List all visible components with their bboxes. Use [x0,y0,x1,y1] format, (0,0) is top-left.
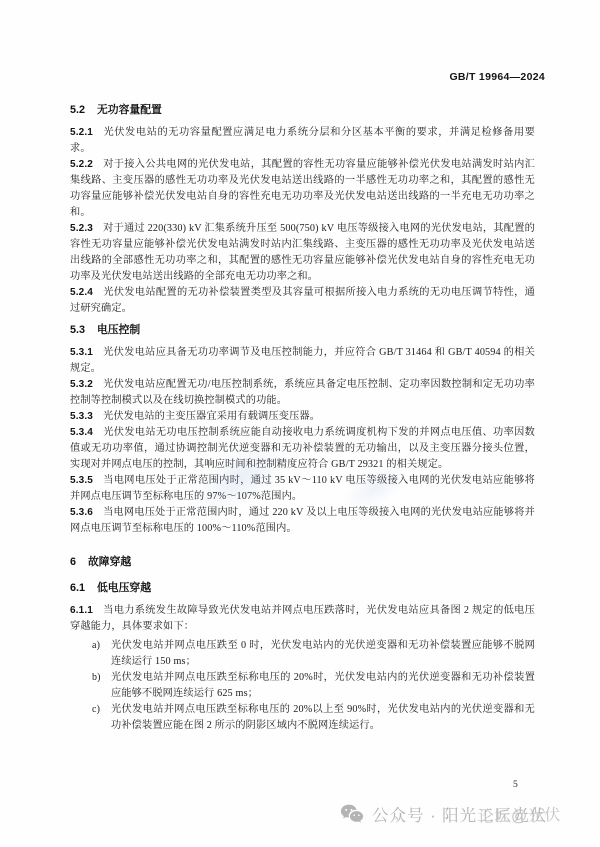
clause-6-1-1: 6.1.1当电力系统发生故障导致光伏发电站并网点电压跌落时，光伏发电站应具备图 … [70,603,535,635]
clause-text: 光伏发电站应具备无功功率调节及电压控制能力，并应符合 GB/T 31464 和 … [70,347,535,374]
clause-text: 光伏发电站应配置无功/电压控制系统，系统应具备定电压控制、定功率因数控制和定无功… [70,379,535,406]
heading-title: 无功容量配置 [97,104,162,116]
heading-6: 6故障穿越 [70,555,535,569]
list-item-a: a) 光伏发电站并网点电压跌至 0 时，光伏发电站内的光伏逆变器和无功补偿装置应… [92,638,535,670]
standard-number: GB/T 19964—2024 [449,71,545,83]
heading-number: 5.2 [70,104,85,116]
list-item-text: 光伏发电站并网点电压跌至标称电压的 20%以上至 90%时，光伏发电站内的光伏逆… [111,702,535,734]
clause-5-3-4: 5.3.4光伏发电站无功电压控制系统应能自动接收电力系统调度机构下发的并网点电压… [70,425,535,473]
page-number: 5 [513,780,518,790]
clause-5-3-5: 5.3.5当电网电压处于正常范围内时，通过 35 kV～110 kV 电压等级接… [70,473,535,505]
clause-text: 光伏发电站的主变压器宜采用有载调压变压器。 [103,411,320,422]
heading-number: 6 [70,556,76,568]
page-content: GB/T 19964—2024 5.2无功容量配置 5.2.1光伏发电站的无功容… [70,0,535,734]
clause-number: 5.3.5 [70,475,93,486]
list-item-text: 光伏发电站并网点电压跌至标称电压的 20%时，光伏发电站内的光伏逆变器和无功补偿… [111,670,535,702]
clause-number: 5.3.1 [70,347,93,358]
clause-number: 5.3.6 [70,507,93,518]
clause-number: 5.3.2 [70,379,93,390]
clause-number: 5.2.2 [70,159,93,170]
clause-text: 光伏发电站无功电压控制系统应能自动接收电力系统调度机构下发的并网点电压值、功率因… [70,427,535,470]
clause-5-2-3: 5.2.3对于通过 220(330) kV 汇集系统升压至 500(750) k… [70,221,535,285]
clause-5-2-2: 5.2.2对于接入公共电网的光伏发电站，其配置的容性无功容量应能够补偿光伏发电站… [70,157,535,221]
clause-number: 5.2.3 [70,223,93,234]
clause-number: 6.1.1 [70,605,93,616]
clause-text: 当电力系统发生故障导致光伏发电站并网点电压跌落时，光伏发电站应具备图 2 规定的… [70,605,535,632]
heading-number: 6.1 [70,582,85,594]
clause-text: 当电网电压处于正常范围内时，通过 35 kV～110 kV 电压等级接入电网的光… [70,475,535,502]
clause-text: 对于接入公共电网的光伏发电站，其配置的容性无功容量应能够补偿光伏发电站满发时站内… [70,159,535,218]
clause-5-3-3: 5.3.3光伏发电站的主变压器宜采用有载调压变压器。 [70,409,535,425]
clause-5-3-6: 5.3.6当电网电压处于正常范围内时，通过 220 kV 及以上电压等级接入电网… [70,505,535,537]
clause-number: 5.3.4 [70,427,93,438]
heading-title: 低电压穿越 [97,582,151,594]
list-item-b: b) 光伏发电站并网点电压跌至标称电压的 20%时，光伏发电站内的光伏逆变器和无… [92,670,535,702]
list-item-text: 光伏发电站并网点电压跌至 0 时，光伏发电站内的光伏逆变器和无功补偿装置应能够不… [111,638,535,670]
heading-5-2: 5.2无功容量配置 [70,103,535,117]
document-page: GB/T 19964—2024 5.2无功容量配置 5.2.1光伏发电站的无功容… [0,0,600,847]
heading-6-1: 6.1低电压穿越 [70,581,535,595]
list-item-label: b) [92,670,111,702]
list-item-label: a) [92,638,111,670]
clause-number: 5.2.1 [70,127,93,138]
clause-number: 5.3.3 [70,411,93,422]
running-header: GB/T 19964—2024 [70,0,545,83]
clause-text: 对于通过 220(330) kV 汇集系统升压至 500(750) kV 电压等… [70,223,535,282]
clause-text: 光伏发电站的无功容量配置应满足电力系统分层和分区基本平衡的要求，并满足检修备用要… [70,127,535,154]
heading-title: 故障穿越 [88,556,131,568]
watermark-overlay-text: 论坛@光伏 [478,802,561,827]
list-item-label: c) [92,702,111,734]
clause-number: 5.2.4 [70,287,93,298]
clause-text: 光伏发电站配置的无功补偿装置类型及其容量可根据所接入电力系统的无功电压调节特性，… [70,287,535,314]
clause-5-3-1: 5.3.1光伏发电站应具备无功功率调节及电压控制能力，并应符合 GB/T 314… [70,345,535,377]
heading-number: 5.3 [70,324,85,336]
clause-5-2-4: 5.2.4光伏发电站配置的无功补偿装置类型及其容量可根据所接入电力系统的无功电压… [70,285,535,317]
list-item-c: c) 光伏发电站并网点电压跌至标称电压的 20%以上至 90%时，光伏发电站内的… [92,702,535,734]
heading-title: 电压控制 [97,324,140,336]
wechat-icon [340,803,364,825]
lvrt-requirement-list: a) 光伏发电站并网点电压跌至 0 时，光伏发电站内的光伏逆变器和无功补偿装置应… [70,638,535,734]
clause-5-2-1: 5.2.1光伏发电站的无功容量配置应满足电力系统分层和分区基本平衡的要求，并满足… [70,125,535,157]
heading-5-3: 5.3电压控制 [70,323,535,337]
clause-text: 当电网电压处于正常范围内时，通过 220 kV 及以上电压等级接入电网的光伏发电… [70,507,535,534]
clause-5-3-2: 5.3.2光伏发电站应配置无功/电压控制系统，系统应具备定电压控制、定功率因数控… [70,377,535,409]
wechat-watermark: 公众号 · 阳光工匠光伏 论坛@光伏 [340,802,547,826]
